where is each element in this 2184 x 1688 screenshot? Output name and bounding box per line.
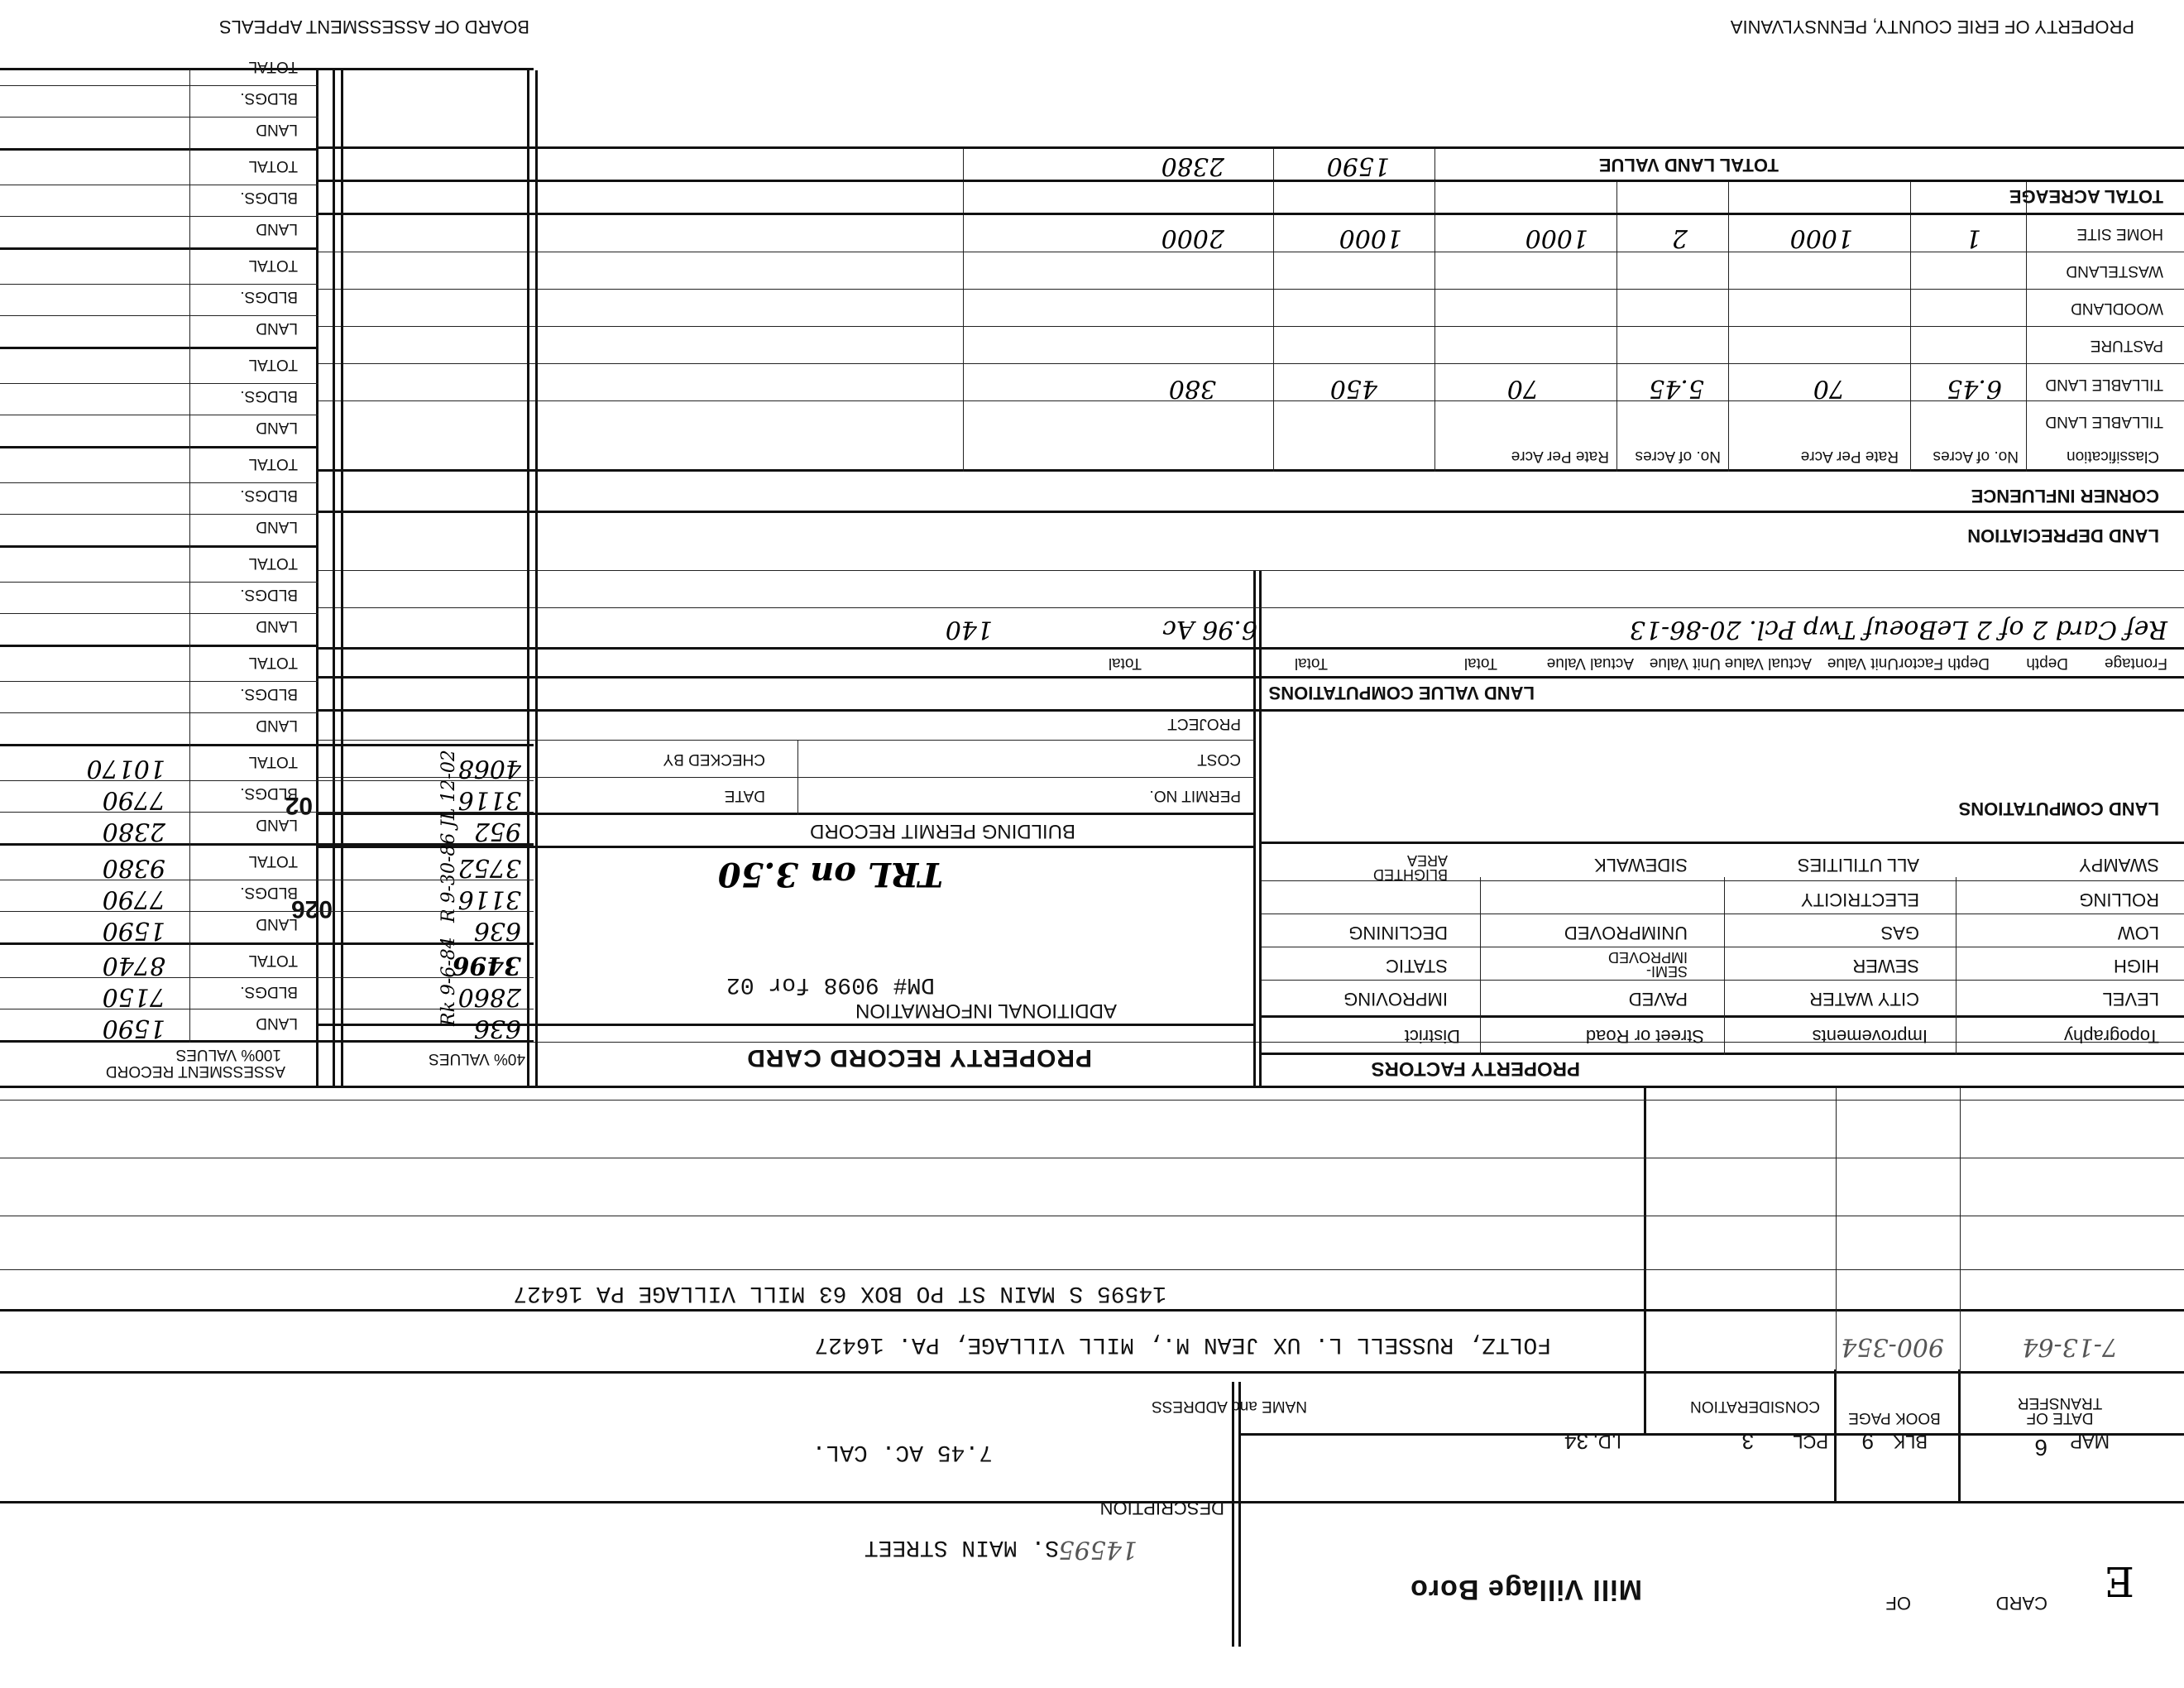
assess-bldgs-1: 7150 [103, 982, 165, 1011]
v40-side-note-1: Rk 9-6-84 [438, 937, 459, 1026]
tillable-acres-1: 6.45 [1947, 374, 2002, 403]
owner-name-address: FOLTZ, RUSSELL L. UX JEAN M., MILL VILLA… [814, 1331, 1551, 1357]
consideration-header: CONSIDERATION [1690, 1397, 1820, 1415]
book-page-header: BOOK PAGE [1845, 1410, 1944, 1425]
topography-header: Topography [2064, 1025, 2159, 1047]
factor-level[interactable]: LEVEL [2103, 988, 2160, 1009]
homesite-acres-2: 2 [1672, 223, 1688, 252]
factor-semi-improved[interactable]: SEMI-IMPROVED [1588, 950, 1688, 978]
municipality-name: Mill Village Boro [1410, 1573, 1642, 1605]
row-label-land: LAND [256, 1014, 298, 1032]
tillable-total-2: 380 [1169, 374, 1216, 403]
assess-land-3: 2380 [103, 817, 165, 846]
factor-improving[interactable]: IMPROVING [1343, 988, 1448, 1009]
acreage-row-label: TILLABLE LAND [2045, 375, 2163, 393]
factor-low[interactable]: LOW [2118, 922, 2159, 943]
row-label-bldgs: BLDGS. [240, 188, 298, 206]
total-header-2: Total [1295, 654, 1328, 672]
acreage-row-label: PASTURE [2091, 336, 2163, 354]
row-label-bldgs: BLDGS. [240, 684, 298, 703]
factor-high[interactable]: HIGH [2114, 955, 2159, 976]
homesite-acres-1: 1 [1966, 223, 1981, 252]
assessment-record-header: ASSESSMENT RECORD [106, 1062, 285, 1080]
factor-city-water[interactable]: CITY WATER [1809, 988, 1919, 1009]
v40-land-2: 636 [474, 916, 521, 945]
total-header-3: Total [1109, 654, 1142, 672]
homesite-rate-2: 1000 [1525, 223, 1588, 252]
depth-factor-header: Depth Factor [1899, 654, 1990, 672]
factor-electricity[interactable]: ELECTRICITY [1801, 889, 1919, 910]
actual-value-header: Actual Value [1725, 654, 1812, 672]
factor-static[interactable]: STATIC [1386, 955, 1448, 976]
dm-note: DM# 9098 for 02 [726, 971, 935, 997]
street-road-header: Street or Road [1586, 1025, 1704, 1047]
row-label-land: LAND [256, 616, 298, 635]
v40-side-note-2: R 9-30-86 [438, 833, 459, 923]
transfer-date: 7-13-64 [2022, 1332, 2118, 1361]
assess-total-1: 8740 [103, 951, 165, 980]
acres-header-2: No. of Acres [1636, 447, 1722, 465]
total-header-1: Total [1464, 654, 1497, 672]
row-label-bldgs: BLDGS. [240, 386, 298, 405]
row-label-total: TOTAL [249, 951, 298, 969]
property-record-card-sheet: PROPERTY OF ERIE COUNTY, PENNSYLVANIA BO… [0, 0, 2184, 1688]
row-label-land: LAND [256, 418, 298, 436]
land-value-acres: 6.96 Ac [1162, 615, 1257, 644]
card-mark: E [2105, 1557, 2135, 1605]
description-label: DESCRIPTION [1100, 1497, 1224, 1518]
row-label-land: LAND [256, 219, 298, 237]
assess-land-1: 1590 [103, 1014, 165, 1043]
permit-no-label: PERMIT NO. [1150, 786, 1242, 804]
row-label-land: LAND [256, 517, 298, 535]
transfer-book-page: 900-354 [1841, 1332, 1944, 1361]
homesite-rate-1: 1000 [1790, 223, 1853, 252]
row-label-bldgs: BLDGS. [240, 982, 298, 1000]
row-label-total: TOTAL [249, 554, 298, 572]
tillable-rate-1: 70 [1813, 374, 1845, 403]
description-house-number: 14595 [1059, 1535, 1137, 1564]
assess-land-2: 1590 [103, 916, 165, 945]
owner-mailing-address: 14595 S MAIN ST PO BOX 63 MILL VILLAGE P… [513, 1280, 1166, 1306]
frontage-header: Frontage [2105, 654, 2167, 672]
acreage-row-label: TILLABLE LAND [2045, 412, 2163, 430]
card-of-label: OF [1885, 1592, 1911, 1614]
assess-year-code-3: 02 [285, 791, 313, 819]
map-value: 6 [2034, 1434, 2047, 1460]
corner-influence-label: CORNER INFLUENCE [1971, 485, 2159, 506]
land-computations-title: LAND COMPUTATIONS [1959, 798, 2159, 819]
assess-total-2: 9380 [103, 853, 165, 882]
rate-header-1: Rate Per Acre [1801, 447, 1899, 465]
homesite-total-2: 2000 [1161, 223, 1224, 252]
improvements-header: Improvements [1813, 1025, 1928, 1047]
factor-sewer[interactable]: SEWER [1852, 955, 1919, 976]
v40-side-note-3: JL 12-02 [438, 750, 459, 827]
v40-land-1: 636 [474, 1014, 521, 1043]
assess-total-3: 10170 [87, 754, 165, 783]
total-acreage-label: TOTAL ACREAGE [2009, 185, 2163, 207]
factor-unimproved[interactable]: UNIMPROVED [1564, 922, 1688, 943]
depth-header: Depth [2026, 654, 2068, 672]
total-land-value-2: 2380 [1161, 151, 1224, 180]
v40-total-3: 4068 [458, 754, 521, 783]
row-label-total: TOTAL [249, 653, 298, 671]
land-depreciation-label: LAND DEPRECIATION [1967, 525, 2159, 546]
assess-bldgs-2: 7790 [103, 885, 165, 914]
row-label-total: TOTAL [249, 156, 298, 175]
additional-info-title: ADDITIONAL INFORMATION [855, 999, 1117, 1022]
district-header: District [1405, 1025, 1460, 1047]
v40-total-2: 3752 [458, 853, 521, 882]
row-label-total: TOTAL [249, 752, 298, 770]
permit-cost-label: COST [1197, 750, 1241, 768]
row-label-total: TOTAL [249, 256, 298, 274]
factor-paved[interactable]: PAVED [1629, 988, 1688, 1009]
total-land-value-1: 1590 [1327, 151, 1390, 180]
factor-rolling[interactable]: ROLLING [2079, 889, 2159, 910]
card-label: CARD [1996, 1592, 2047, 1614]
tillable-rate-2: 70 [1507, 374, 1539, 403]
row-label-bldgs: BLDGS. [240, 883, 298, 901]
values40-header: 40% VALUES [429, 1049, 525, 1067]
total-land-value-label: TOTAL LAND VALUE [1599, 154, 1779, 175]
v40-total-1: 3496 [453, 951, 522, 980]
land-value-ref-note: Ref Card 2 of 2 LeBoeuf Twp Pcl. 20-86-1… [1630, 615, 2167, 644]
description-street: S. MAIN STREET [864, 1534, 1059, 1560]
v40-bldgs-3: 3116 [458, 785, 521, 814]
factor-swampy[interactable]: SWAMPY [2079, 854, 2159, 875]
factor-declining[interactable]: DECLINING [1348, 922, 1448, 943]
unit-value-header: Unit Value [1827, 654, 1899, 672]
rate-header-2: Rate Per Acre [1511, 447, 1609, 465]
blk-value: 9 [1862, 1428, 1874, 1454]
unit-value-header-2: Unit Value [1650, 654, 1721, 672]
row-label-total: TOTAL [249, 454, 298, 472]
row-label-total: TOTAL [249, 57, 298, 75]
acreage-row-label: WASTELAND [2066, 261, 2163, 280]
assess-bldgs-3: 7790 [103, 785, 165, 814]
factor-gas[interactable]: GAS [1881, 922, 1919, 943]
pcl-value: 3 [1742, 1428, 1754, 1454]
permit-checked-by-label: CHECKED BY [663, 750, 765, 768]
board-of-appeals-label: BOARD OF ASSESSMENT APPEALS [219, 16, 529, 37]
id-value: 34 [1564, 1428, 1588, 1454]
acreage-note: 7.45 AC. CAL. [812, 1439, 993, 1465]
assess-year-code-2: 026 [291, 894, 333, 923]
trl-note: TRL on 3.50 [718, 855, 943, 894]
acreage-row-label: WOODLAND [2071, 299, 2163, 317]
building-permit-title: BUILDING PERMIT RECORD [810, 819, 1075, 842]
row-label-bldgs: BLDGS. [240, 585, 298, 603]
permit-project-label: PROJECT [1167, 714, 1241, 732]
row-label-land: LAND [256, 319, 298, 337]
row-label-land: LAND [256, 716, 298, 734]
factor-all-utilities[interactable]: ALL UTILITIES [1798, 854, 1919, 875]
permit-date-label: DATE [725, 786, 765, 804]
row-label-land: LAND [256, 120, 298, 138]
name-address-header: NAME and ADDRESS [1152, 1397, 1307, 1415]
homesite-total-1: 1000 [1339, 223, 1402, 252]
tillable-acres-2: 5.45 [1649, 374, 1704, 403]
actual-value-header-2: Actual Value [1547, 654, 1634, 672]
land-value-total: 140 [946, 615, 993, 644]
classification-header: Classification [2067, 447, 2159, 465]
tillable-total-1: 450 [1330, 374, 1377, 403]
land-value-computations-title: LAND VALUE COMPUTATIONS [1269, 682, 1535, 703]
transfer-date-header: DATE OF TRANSFER [1985, 1395, 2134, 1425]
record-card-title: PROPERTY RECORD CARD [746, 1043, 1092, 1072]
acres-header-1: No. of Acres [1933, 447, 2019, 465]
v40-bldgs-2: 3116 [458, 885, 521, 914]
row-label-bldgs: BLDGS. [240, 486, 298, 504]
row-label-bldgs: BLDGS. [240, 89, 298, 107]
row-label-bldgs: BLDGS. [240, 287, 298, 305]
values100-header: 100% VALUES [176, 1045, 281, 1063]
v40-bldgs-1: 2860 [458, 982, 521, 1011]
acreage-row-label: HOME SITE [2076, 224, 2163, 242]
v40-land-3: 952 [474, 817, 521, 846]
property-factors-title: PROPERTY FACTORS [1372, 1057, 1581, 1080]
county-property-label: PROPERTY OF ERIE COUNTY, PENNSYLVANIA [1731, 16, 2134, 37]
row-label-total: TOTAL [249, 355, 298, 373]
factor-blighted-area[interactable]: BLIGHTED AREA [1357, 853, 1448, 881]
factor-sidewalk[interactable]: SIDEWALK [1594, 854, 1688, 875]
row-label-total: TOTAL [249, 851, 298, 870]
